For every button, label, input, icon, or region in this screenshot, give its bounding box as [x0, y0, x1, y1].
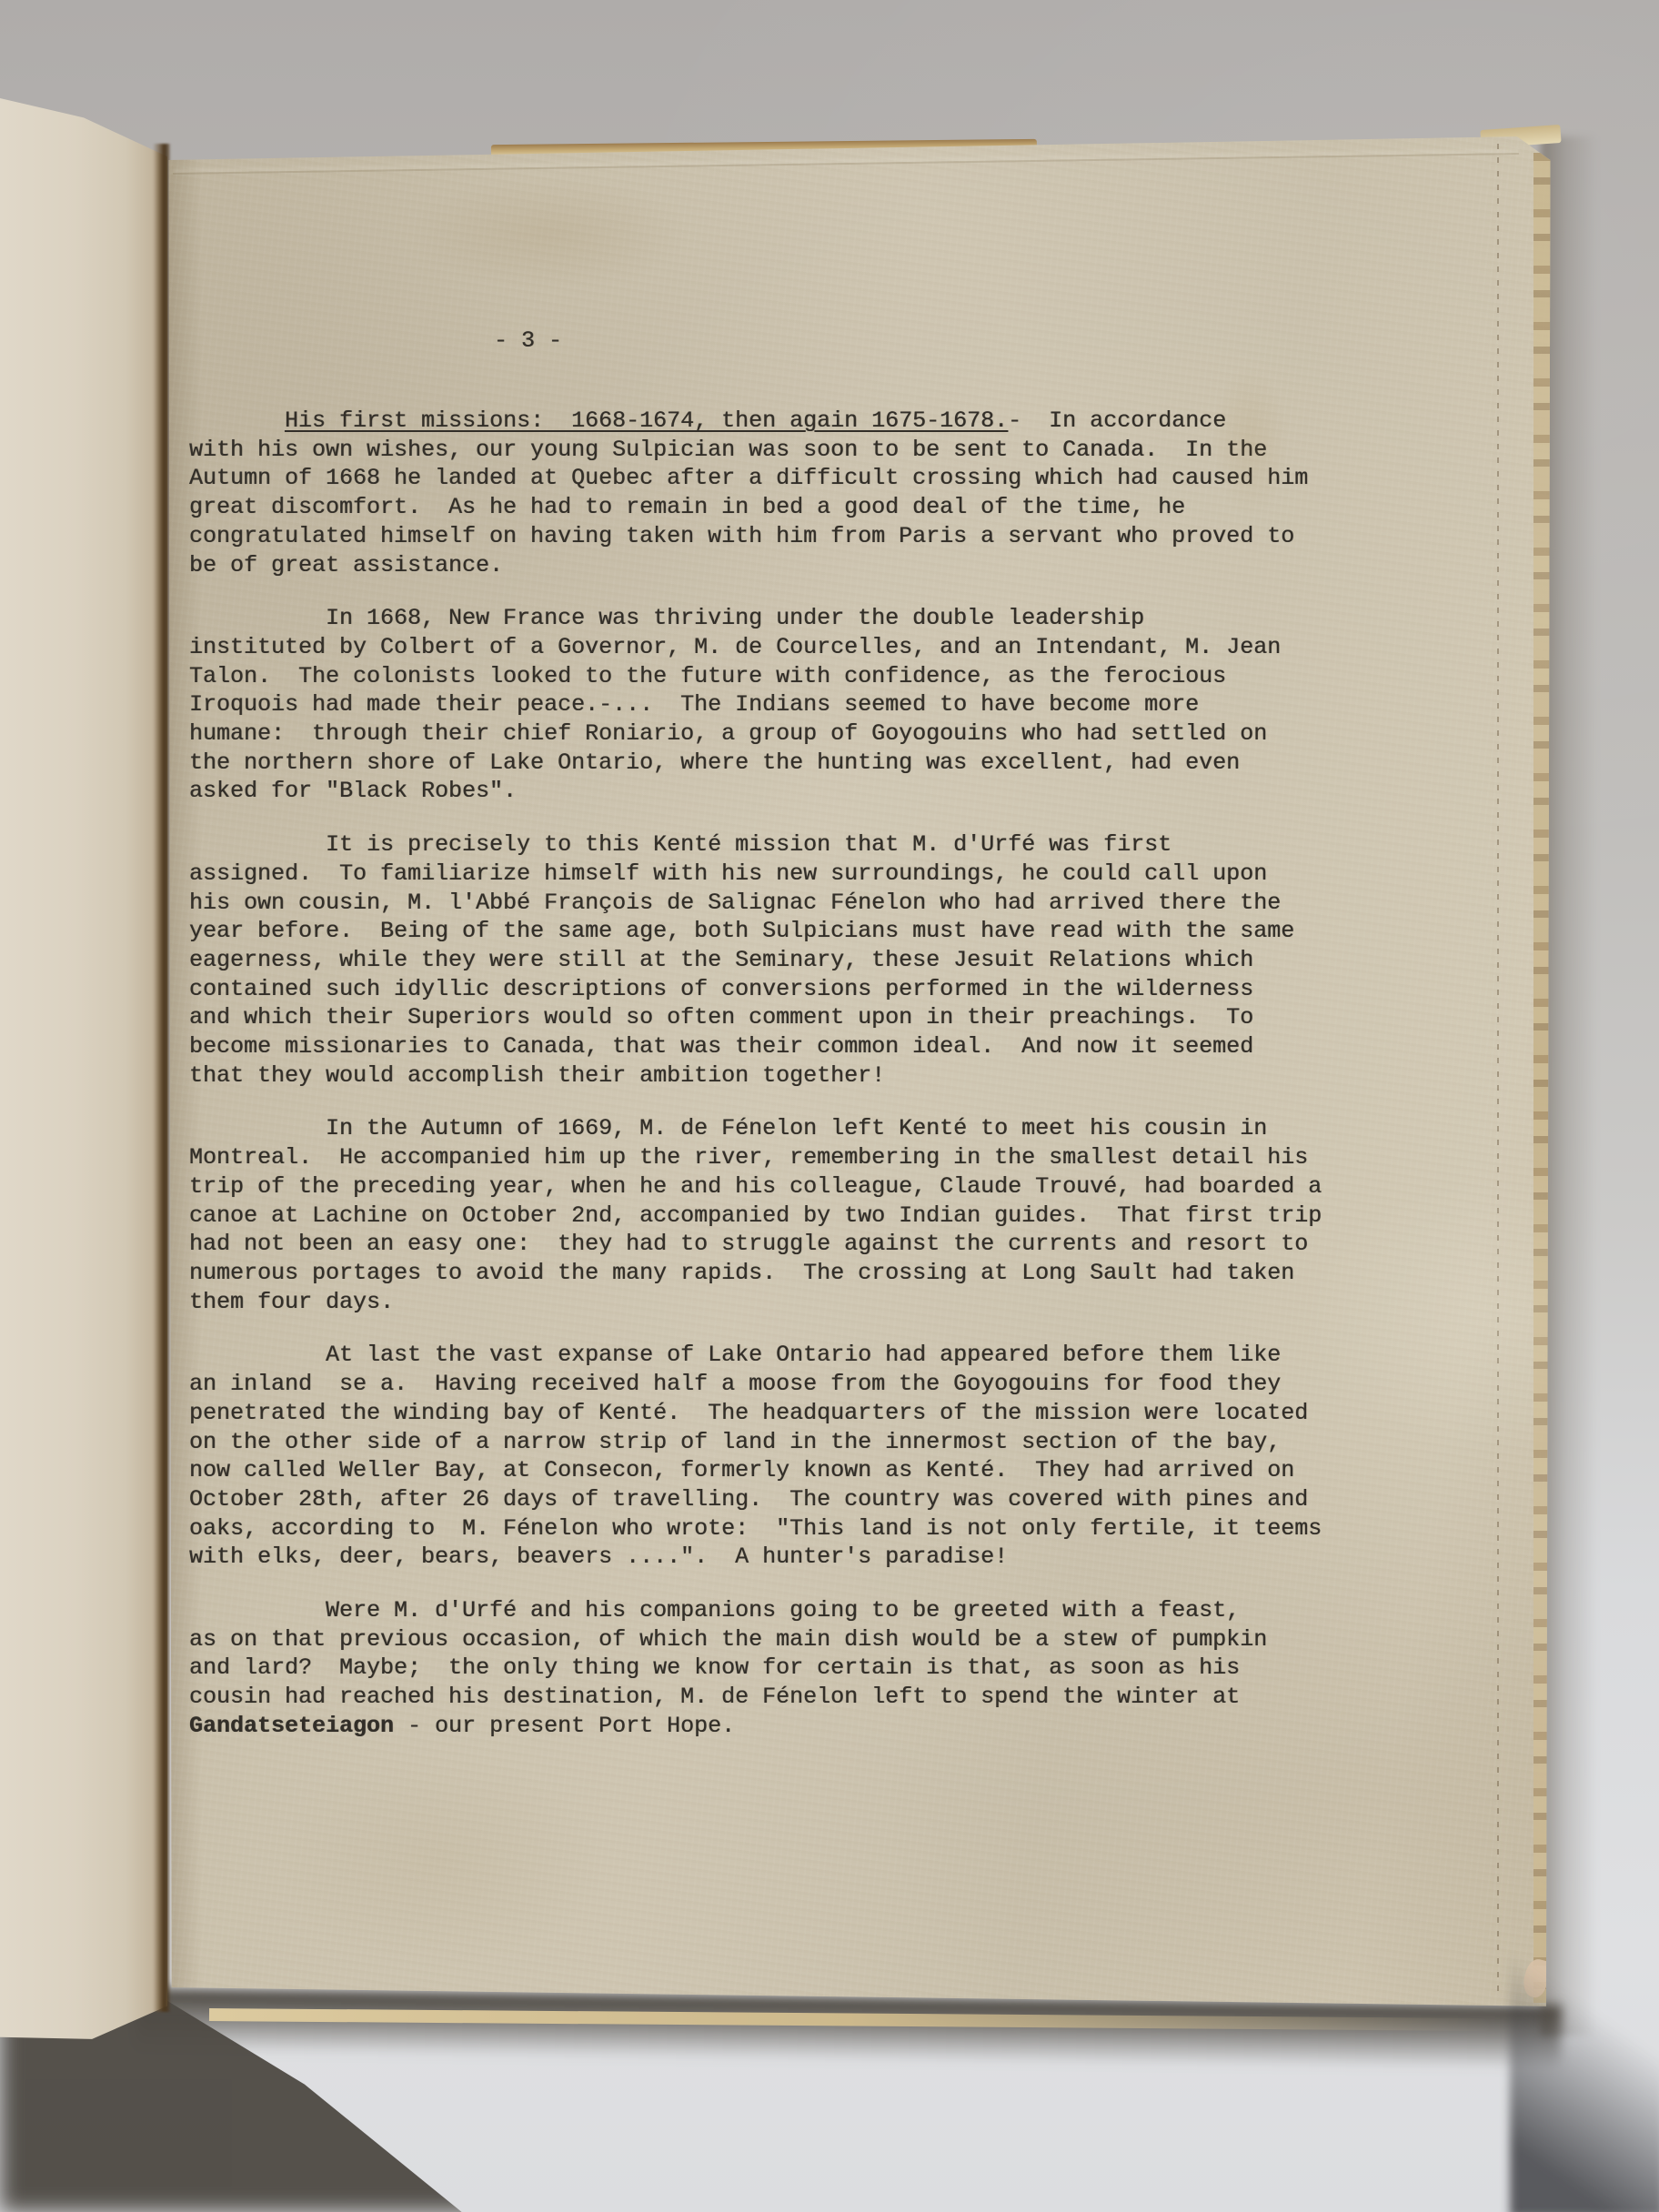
text-line: humane: through their chief Roniario, a …	[189, 719, 1533, 749]
text-line: numerous portages to avoid the many rapi…	[189, 1259, 1533, 1288]
left-page-edge	[0, 98, 167, 2041]
text-line: In 1668, New France was thriving under t…	[189, 604, 1533, 633]
text-line: with elks, deer, bears, beavers ....". A…	[189, 1543, 1533, 1572]
text-line: great discomfort. As he had to remain in…	[189, 493, 1533, 522]
text-line: with his own wishes, our young Sulpician…	[189, 436, 1533, 465]
text-line: Montreal. He accompanied him up the rive…	[189, 1143, 1533, 1172]
booklet-gutter	[153, 144, 171, 2012]
text-line: trip of the preceding year, when he and …	[189, 1172, 1533, 1202]
text-line: instituted by Colbert of a Governor, M. …	[189, 633, 1533, 662]
document-page: - 3 - His first missions: 1668-1674, the…	[167, 133, 1552, 2012]
text-line: an inland se a. Having received half a m…	[189, 1370, 1533, 1399]
paragraph: In the Autumn of 1669, M. de Fénelon lef…	[189, 1114, 1533, 1316]
text-line: be of great assistance.	[189, 551, 1533, 580]
page-number: - 3 -	[494, 327, 562, 354]
photo-corner-shadow	[1510, 1917, 1659, 2212]
text-line: October 28th, after 26 days of travellin…	[189, 1485, 1533, 1514]
text-line: Talon. The colonists looked to the futur…	[189, 662, 1533, 691]
text-line: Gandatseteiagon - our present Port Hope.	[189, 1712, 1533, 1741]
text-line: them four days.	[189, 1288, 1533, 1317]
text-line: and which their Superiors would so often…	[189, 1003, 1533, 1032]
text-line: eagerness, while they were still at the …	[189, 946, 1533, 975]
text-line: the northern shore of Lake Ontario, wher…	[189, 749, 1533, 778]
text-line: canoe at Lachine on October 2nd, accompa…	[189, 1202, 1533, 1231]
text-line: that they would accomplish their ambitio…	[189, 1061, 1533, 1091]
paper-crease-top	[173, 153, 1519, 175]
text-line: had not been an easy one: they had to st…	[189, 1230, 1533, 1259]
text-line: year before. Being of the same age, both…	[189, 917, 1533, 946]
text-line: contained such idyllic descriptions of c…	[189, 975, 1533, 1004]
text-line: assigned. To familiarize himself with hi…	[189, 860, 1533, 889]
text-line: congratulated himself on having taken wi…	[189, 522, 1533, 551]
text-line: oaks, according to M. Fénelon who wrote:…	[189, 1514, 1533, 1543]
text-line: cousin had reached his destination, M. d…	[189, 1683, 1533, 1712]
text-line: It is precisely to this Kenté mission th…	[189, 830, 1533, 860]
text-line: as on that previous occasion, of which t…	[189, 1625, 1533, 1654]
text-line: and lard? Maybe; the only thing we know …	[189, 1654, 1533, 1683]
text-line: In the Autumn of 1669, M. de Fénelon lef…	[189, 1114, 1533, 1143]
text-line: asked for "Black Robes".	[189, 777, 1533, 806]
paragraph: It is precisely to this Kenté mission th…	[189, 830, 1533, 1090]
text-line: now called Weller Bay, at Consecon, form…	[189, 1456, 1533, 1485]
paragraph: In 1668, New France was thriving under t…	[189, 604, 1533, 806]
text-line: His first missions: 1668-1674, then agai…	[189, 407, 1533, 436]
text-line: become missionaries to Canada, that was …	[189, 1032, 1533, 1061]
text-line: Were M. d'Urfé and his companions going …	[189, 1596, 1533, 1625]
text-line: on the other side of a narrow strip of l…	[189, 1428, 1533, 1457]
paragraph: Were M. d'Urfé and his companions going …	[189, 1596, 1533, 1741]
text-line: At last the vast expanse of Lake Ontario…	[189, 1341, 1533, 1370]
paragraph: His first missions: 1668-1674, then agai…	[189, 407, 1533, 579]
paragraph: At last the vast expanse of Lake Ontario…	[189, 1341, 1533, 1572]
typed-text: His first missions: 1668-1674, then agai…	[189, 407, 1533, 1741]
text-line: Iroquois had made their peace.-... The I…	[189, 690, 1533, 719]
text-line: his own cousin, M. l'Abbé François de Sa…	[189, 889, 1533, 918]
photo-background: - 3 - His first missions: 1668-1674, the…	[0, 0, 1659, 2212]
text-line: penetrated the winding bay of Kenté. The…	[189, 1399, 1533, 1428]
text-line: Autumn of 1668 he landed at Quebec after…	[189, 464, 1533, 493]
